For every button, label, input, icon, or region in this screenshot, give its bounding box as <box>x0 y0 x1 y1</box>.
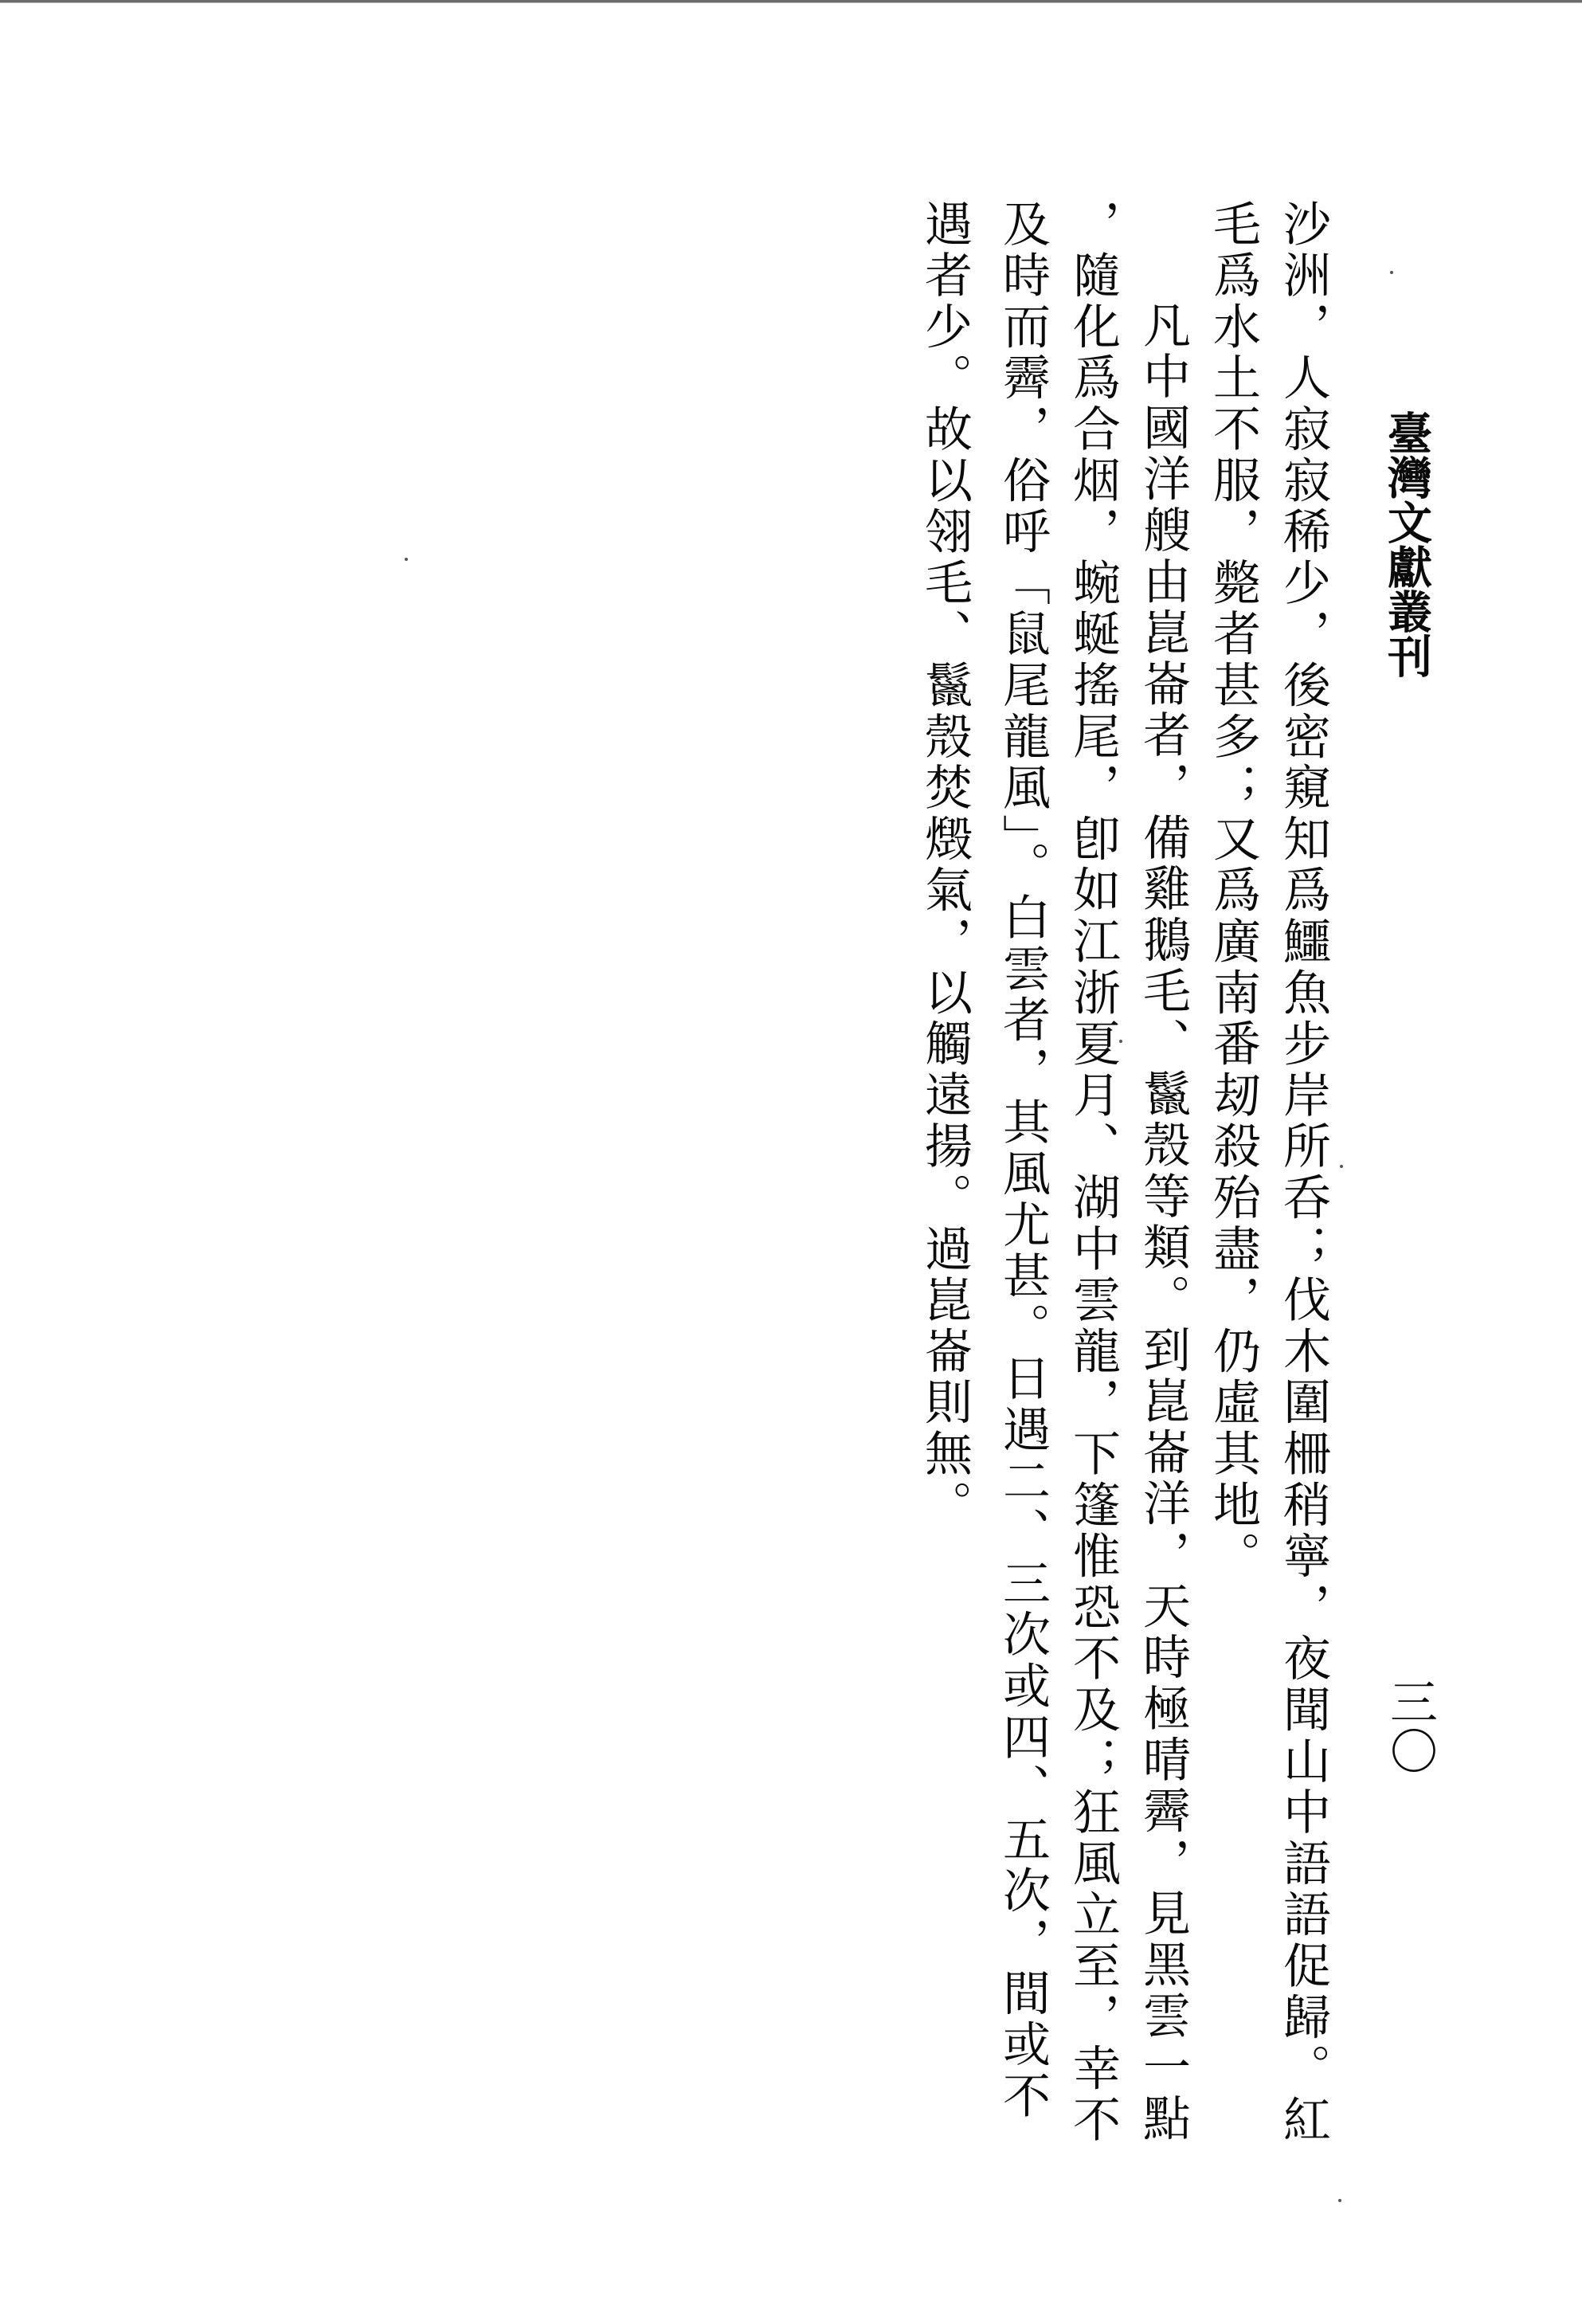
page-number: 三〇 <box>1386 1677 1434 1776</box>
scan-speck <box>1119 1040 1122 1043</box>
text-column-4: ，隨化爲合烟，蜿蜒搖尾，卽如江浙夏月、湖中雲龍，下篷惟恐不及；狂風立至，幸不 <box>1061 199 1117 2146</box>
running-header-title: 臺灣文獻叢刊 <box>1384 410 1429 678</box>
text-column-6: 遇者少。故以翎毛、鬣殼焚燬氣，以觸遠揚。過崑崙則無。 <box>913 199 969 1531</box>
scan-speck <box>1390 271 1393 274</box>
text-column-2: 毛爲水土不服，斃者甚多；又爲廣南番刼殺殆盡，仍虛其地。 <box>1201 199 1257 1582</box>
top-border-rule <box>0 0 1582 3</box>
scan-speck <box>1338 2199 1341 2202</box>
text-column-5: 及時而霽，俗呼「鼠尾龍風」。白雲者，其風尤甚。日遇二、三次或四、五次，間或不 <box>991 199 1047 2122</box>
scan-speck <box>405 558 408 561</box>
scan-speck <box>1340 1165 1343 1168</box>
text-column-3-paragraph-start: 凡中國洋艘由崑崙者，備雞鵝毛、鬣殼等類。到崑崙洋，天時極晴霽，見黑雲一點 <box>1131 300 1187 2145</box>
text-column-1: 沙洲，人寂寂稀少，後密窺知爲鱷魚步岸所呑；伐木圍柵稍寧，夜聞山中語語促歸。紅 <box>1271 199 1327 2146</box>
